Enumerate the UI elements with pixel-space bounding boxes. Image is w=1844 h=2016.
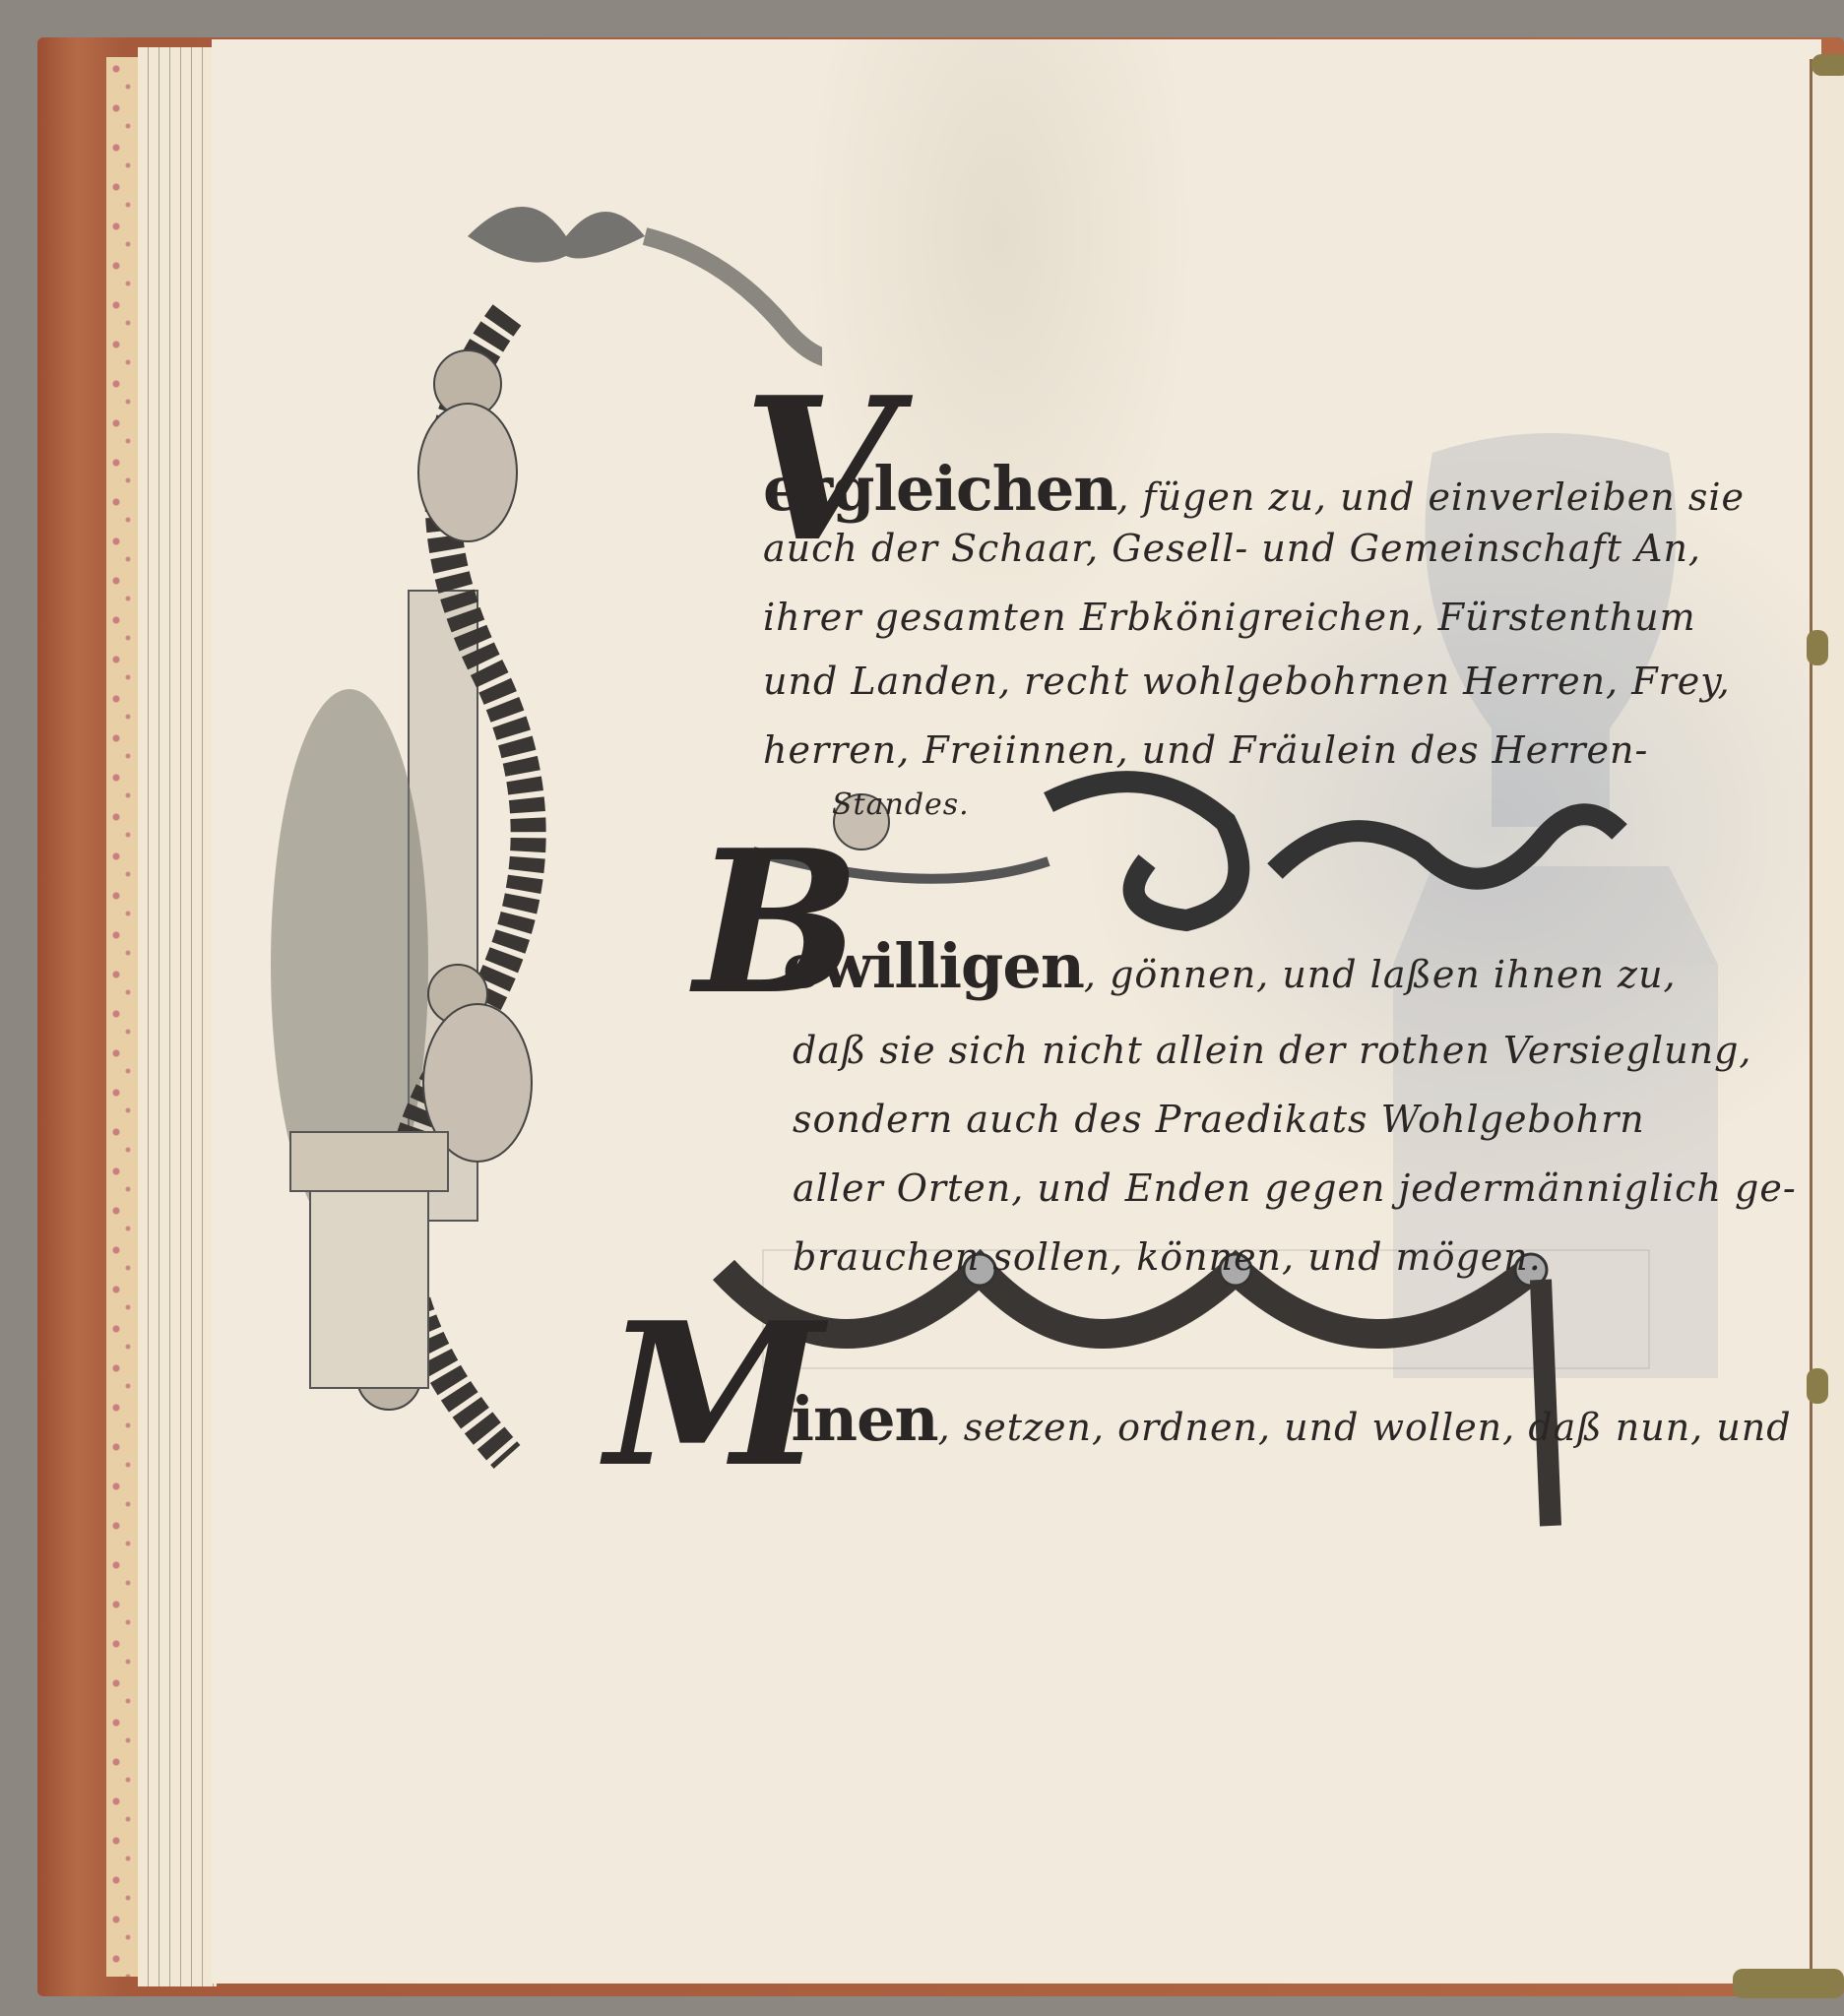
facing-page-edge	[1813, 59, 1844, 1979]
binding-cord	[1807, 630, 1828, 665]
text-line: aller Orten, und Enden gegen jedermännig…	[793, 1166, 1797, 1210]
text-line: sondern auch des Praedikats Wohlgebohrn	[793, 1098, 1645, 1141]
text-line: einen, setzen, ordnen, und wollen, daß n…	[753, 1383, 1792, 1455]
binding-cord	[1733, 1969, 1844, 1998]
binding-cord	[1812, 54, 1844, 76]
text-line: auch der Schaar, Gesell- und Gemeinschaf…	[763, 527, 1701, 570]
marbled-endpaper	[106, 57, 138, 1977]
text-line: daß sie sich nicht allein der rothen Ver…	[793, 1029, 1752, 1072]
illuminated-initial-b: B	[694, 807, 860, 1039]
page-edges	[138, 47, 217, 1986]
manuscript-page: V ergleichen, fügen zu, und einverleiben…	[212, 39, 1821, 1984]
text-line: und Landen, recht wohlgebohrnen Herren, …	[763, 660, 1731, 703]
binding-cord	[1807, 1368, 1828, 1404]
text-line: brauchen sollen, können, und mögen.	[793, 1235, 1542, 1279]
text-line: herren, Freiinnen, und Fräulein des Herr…	[763, 728, 1648, 772]
text-block: V ergleichen, fügen zu, und einverleiben…	[763, 413, 1649, 1496]
text-line: ihrer gesamten Erbkönigreichen, Fürstent…	[763, 596, 1696, 639]
text-line: ergleichen, fügen zu, und einverleiben s…	[763, 453, 1745, 525]
text-line: ewilligen, gönnen, und laßen ihnen zu,	[783, 930, 1677, 1002]
page-gutter	[1810, 59, 1812, 1979]
